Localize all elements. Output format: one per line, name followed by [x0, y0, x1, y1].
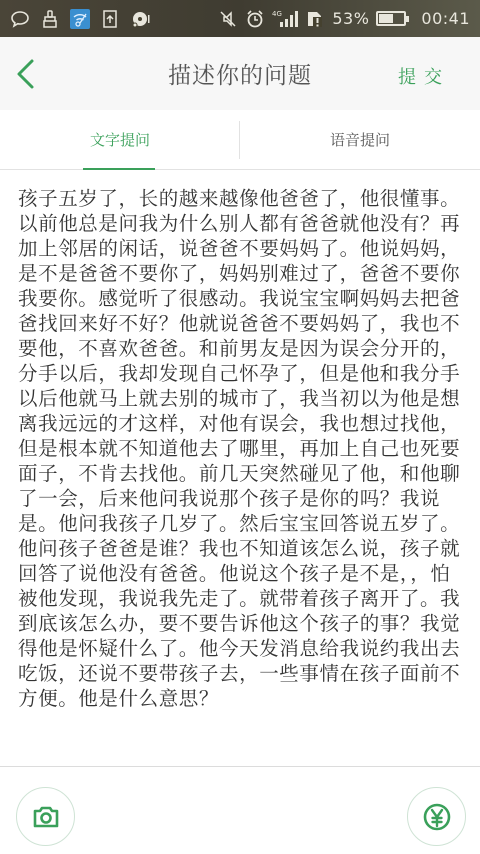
upload-icon	[100, 9, 120, 29]
svg-text:4G: 4G	[272, 10, 282, 18]
tab-voice-question[interactable]: 语音提问	[240, 110, 480, 169]
wifi-share-icon	[70, 9, 90, 29]
mute-icon	[218, 9, 238, 29]
tab-label: 语音提问	[330, 129, 390, 150]
tab-text-question[interactable]: 文字提问	[0, 110, 240, 169]
question-content: 孩子五岁了，长的越来越像他爸爸了，他很懂事。以前他总是问我为什么别人都有爸爸就他…	[0, 170, 480, 766]
question-text-input[interactable]: 孩子五岁了，长的越来越像他爸爸了，他很懂事。以前他总是问我为什么别人都有爸爸就他…	[18, 186, 462, 766]
reward-button[interactable]	[407, 787, 466, 846]
question-mode-tabs: 文字提问 语音提问	[0, 110, 480, 170]
camera-icon	[31, 802, 61, 832]
tab-label: 文字提问	[90, 129, 150, 150]
sim-alert-icon	[305, 9, 325, 29]
app-header: 描述你的问题 提交	[0, 37, 480, 110]
battery-icon	[376, 11, 406, 26]
add-photo-button[interactable]	[16, 787, 75, 846]
alarm-icon	[245, 9, 265, 29]
status-bar-right: 4G 53% 00:41	[218, 9, 470, 29]
submit-button[interactable]: 提交	[398, 63, 450, 89]
yuan-icon	[422, 802, 452, 832]
signal-4g-icon: 4G	[272, 9, 298, 29]
bottom-toolbar	[0, 766, 480, 854]
status-bar: 4G 53% 00:41	[0, 0, 480, 37]
cleaner-icon	[40, 9, 60, 29]
battery-percent: 53%	[332, 9, 369, 28]
chat-bubble-icon	[10, 9, 30, 29]
clock: 00:41	[421, 9, 470, 28]
status-bar-left	[10, 9, 150, 29]
music-disc-icon	[130, 9, 150, 29]
